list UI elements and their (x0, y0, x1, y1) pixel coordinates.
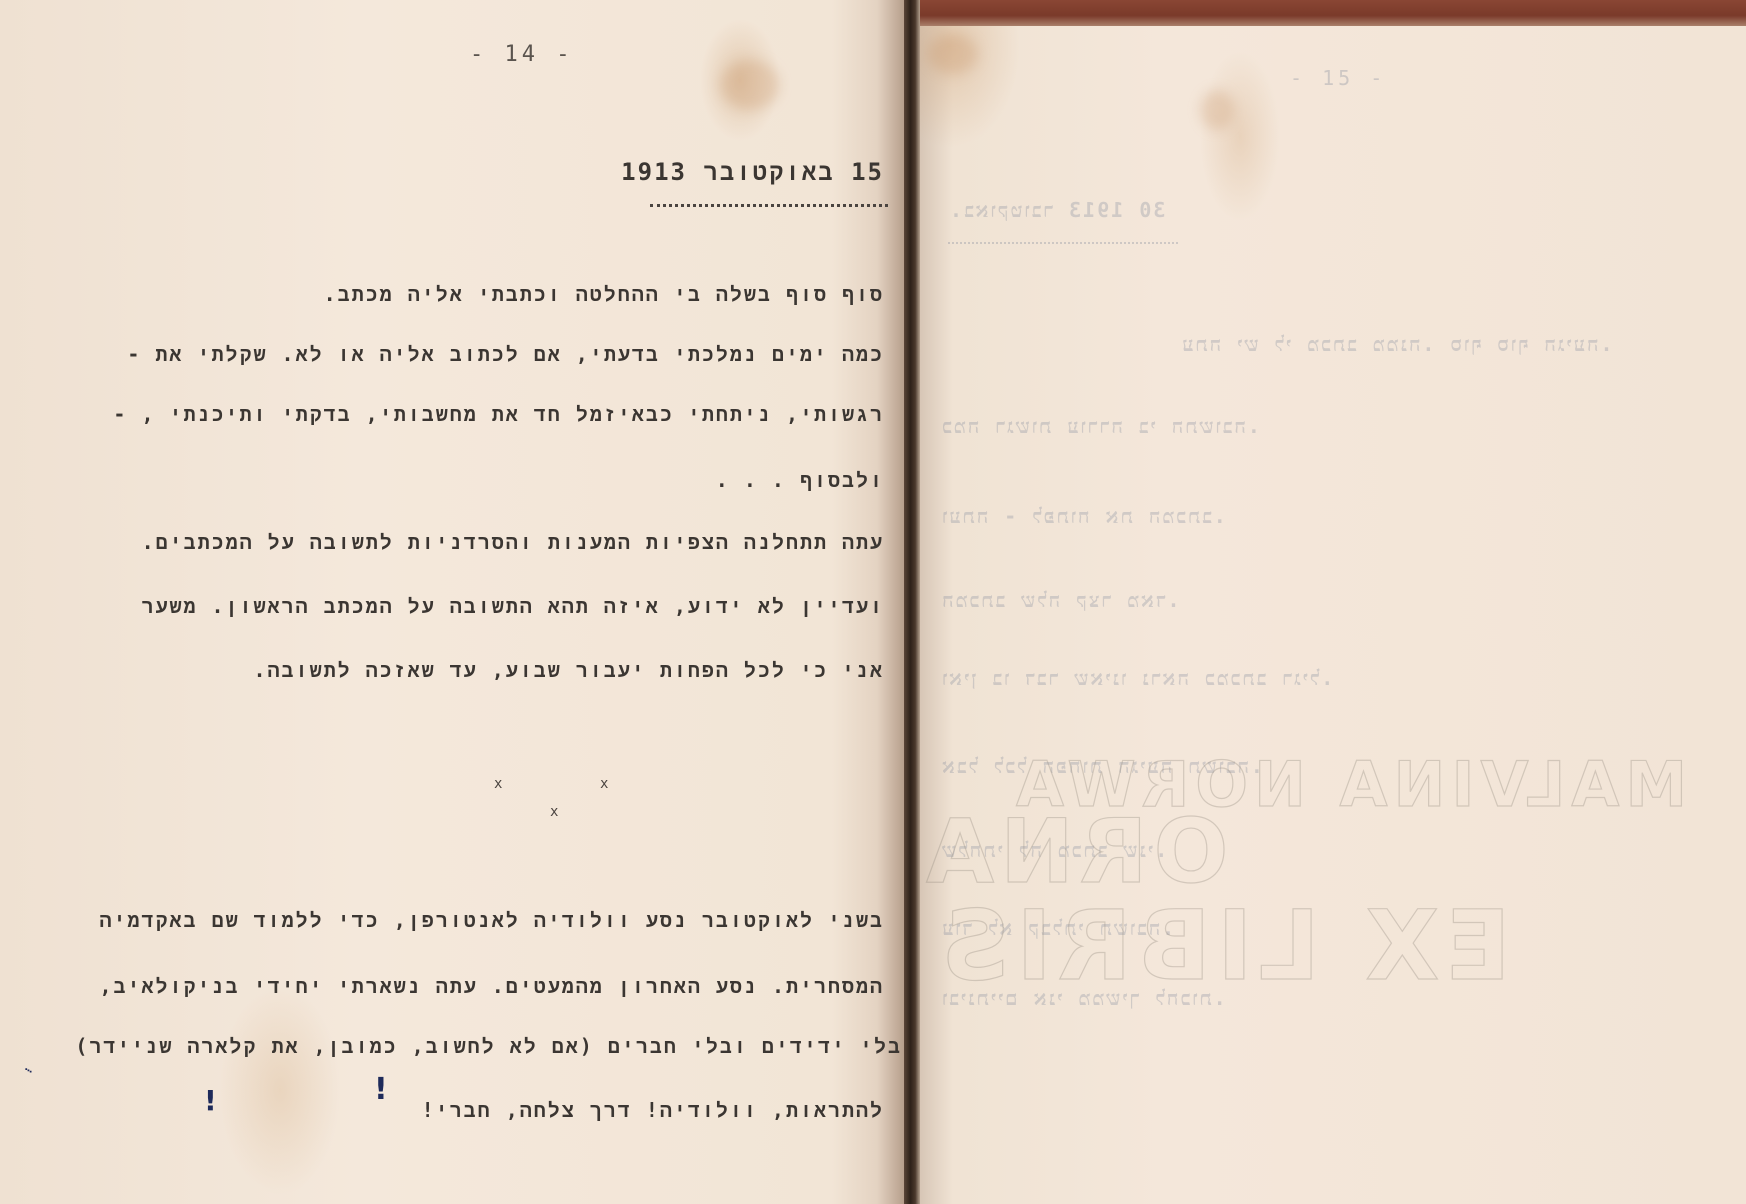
show-through-line: המכתב שלה קצר מאד. (940, 588, 1179, 613)
entry-date-heading: 15 באוקטובר 1913 (621, 158, 884, 188)
text-line: כמה ימים נמלכתי בדעתי, אם לכתוב אליה או … (127, 342, 884, 368)
left-page: - 14 - 15 באוקטובר 1913 סוף סוף בשלה בי … (0, 0, 904, 1204)
page-number: - 14 - (470, 42, 573, 67)
show-through-line: 30 באוקטובר 1913. (948, 198, 1165, 223)
text-line: רגשותי, ניתחתי כבאיזמל חד את מחשבותי, בד… (113, 402, 884, 428)
text-line: בשני לאוקטובר נסע וולודיה לאנטורפן, כדי … (100, 908, 884, 934)
book-spine (904, 0, 920, 1204)
page-number-show-through: - 15 - (1290, 66, 1386, 90)
text-line: סוף סוף בשלה בי ההחלטה וכתבתי אליה מכתב. (324, 282, 884, 308)
book-cover-edge (900, 0, 1746, 26)
stamp-line: EX LIBRIS (935, 890, 1511, 1002)
text-line: בלי ידידים ובלי חברים (אם לא לחשוב, כמוב… (75, 1034, 902, 1060)
paper-stain (1200, 90, 1234, 130)
text-line: אני כי לכל הפחות יעבור שבוע, עד שאזכה לת… (254, 658, 884, 684)
show-through-line: ואין בו דבר שאינו נראה כמכתב רגיל. (940, 666, 1333, 691)
show-through-line: עתה יש לי מכתב ממנה. סוף סוף הגיעה. (1180, 332, 1612, 357)
text-line: להתראות, וולודיה! דרך צלחה, חברי! (422, 1098, 884, 1124)
handwritten-exclamation: ! (374, 1072, 388, 1107)
book-spread: - 14 - 15 באוקטובר 1913 סוף סוף בשלה בי … (0, 0, 1746, 1204)
text-line: המסחרית. נסע האחרון מהמעטים. עתה נשארתי … (100, 974, 885, 1000)
show-through-line: כמה רגשות עוררה בי התשובה. (940, 414, 1260, 439)
divider-mark: x (550, 804, 558, 820)
paper-stain (928, 34, 978, 74)
text-line: ועדיין לא ידוע, איזה תהא התשובה על המכתב… (141, 594, 884, 620)
handwritten-exclamation: ! (204, 1084, 217, 1117)
show-through-underline (948, 242, 1178, 244)
text-line: עתה תתחלנה הצפיות המענות והסרדניות לתשוב… (142, 530, 884, 556)
show-through-line: ועתה - לפתוח את המכתב. (940, 504, 1226, 529)
paper-stain (720, 60, 780, 110)
divider-mark: x (600, 776, 608, 792)
divider-mark: x (494, 776, 502, 792)
heading-underline (650, 204, 888, 207)
text-line: ולבסוף . . . (716, 468, 884, 494)
stamp-line: ORNA (920, 800, 1228, 903)
